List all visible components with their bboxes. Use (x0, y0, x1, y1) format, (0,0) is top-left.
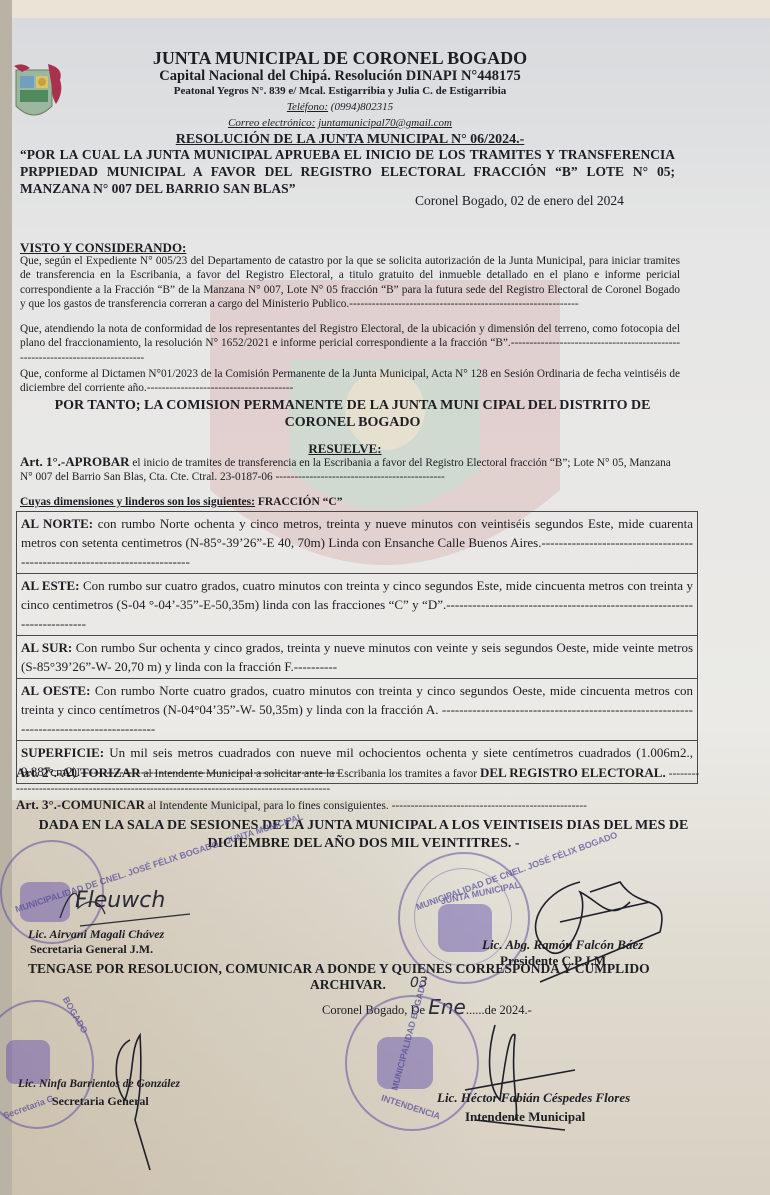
boundary-row-norte: AL NORTE: con rumbo Norte ochenta y cinc… (17, 512, 697, 573)
por-tanto-heading: POR TANTO; LA COMISION PERMANENTE DE LA … (20, 397, 685, 431)
boundary-text: Con rumbo sur cuatro grados, cuatro minu… (21, 578, 693, 631)
signatory-name: Lic. Abg. Ramón Falcón Báez (482, 937, 643, 953)
signatory-role: Secretaria General J.M. (30, 942, 153, 957)
phone-label: Teléfono: (287, 101, 328, 113)
email-address: juntamunicipal70@gmail.com (318, 117, 452, 129)
article-2: Art. 2°.-AUTORIZAR al Intendente Municip… (16, 765, 701, 797)
article-3-label: Art. 3°.-COMUNICAR (16, 797, 145, 812)
tengase-statement: TENGASE POR RESOLUCION, COMUNICAR A DOND… (28, 960, 728, 977)
institution-subtitle: Capital Nacional del Chipá. Resolución D… (130, 68, 550, 85)
boundary-label: AL ESTE: (21, 578, 79, 593)
background-surface (0, 0, 770, 18)
boundary-label: AL SUR: (21, 640, 72, 655)
boundary-text: Con rumbo Sur ochenta y cinco grados, tr… (21, 640, 693, 674)
boundary-text: Con rumbo Norte cuatro grados, cuatro mi… (21, 683, 693, 736)
resolution-date: Coronel Bogado, 02 de enero del 2024 (415, 193, 624, 209)
phone-line: Teléfono: (0994)802315 (130, 101, 550, 113)
municipal-coat-of-arms-icon (12, 62, 64, 126)
phone-number: (0994)802315 (331, 101, 393, 113)
resolution-subject: “POR LA CUAL LA JUNTA MUNICIPAL APRUEBA … (20, 146, 675, 197)
signatory-name: Lic. Airvani Magali Chávez (28, 927, 164, 942)
article-3-text: al Intendente Municipal, para lo fines c… (145, 800, 587, 812)
boundary-label: SUPERFICIE: (21, 745, 104, 760)
date-suffix: de 2024.- (485, 1003, 532, 1017)
article-1: Art. 1°.-APROBAR el inicio de tramites d… (20, 455, 685, 484)
boundary-text: con rumbo Norte ochenta y cinco metros, … (21, 516, 693, 569)
boundary-label: AL OESTE: (21, 683, 90, 698)
considerando-paragraph: Que, atendiendo la nota de conformidad d… (20, 322, 680, 365)
archivar-statement: ARCHIVAR. (310, 977, 386, 993)
considerando-paragraph: Que, conforme al Dictamen N°01/2023 de l… (20, 367, 680, 396)
dimensions-fraction: FRACCIÓN “C” (255, 496, 343, 508)
institution-address: Peatonal Yegros N°. 839 e/ Mcal. Estigar… (130, 85, 550, 97)
boundaries-table: AL NORTE: con rumbo Norte ochenta y cinc… (16, 511, 698, 784)
considerando-paragraph: Que, según el Expediente N° 005/23 del D… (20, 254, 680, 311)
boundary-row-sur: AL SUR: Con rumbo Sur ochenta y cinco gr… (17, 635, 697, 678)
signatory-role: Intendente Municipal (465, 1109, 585, 1125)
article-3: Art. 3°.-COMUNICAR al Intendente Municip… (16, 797, 701, 814)
dimensions-heading: Cuyas dimensiones y linderos son los sig… (20, 496, 342, 508)
article-2-text: al Intendente Municipal a solicitar ante… (140, 768, 479, 780)
signatory-name: Lic. Ninfa Barrientos de González (18, 1078, 180, 1090)
date-dots: ...... (466, 1003, 485, 1017)
dimensions-heading-label: Cuyas dimensiones y linderos son los sig… (20, 496, 255, 508)
signatory-name: Lic. Héctor Fabián Céspedes Flores (437, 1090, 630, 1106)
institution-name: JUNTA MUNICIPAL DE CORONEL BOGADO (130, 48, 550, 69)
boundary-row-oeste: AL OESTE: Con rumbo Norte cuatro grados,… (17, 678, 697, 740)
email-line: Correo electrónico: juntamunicipal70@gma… (130, 117, 550, 129)
signatory-role: Secretaria General (52, 1094, 149, 1109)
email-label: Correo electrónico: (228, 117, 315, 129)
boundary-label: AL NORTE: (21, 516, 93, 531)
article-1-label: Art. 1°.-APROBAR (20, 454, 130, 469)
article-2-beneficiary: DEL REGISTRO ELECTORAL. (480, 765, 666, 780)
signature-handwriting: Fleuwch (75, 888, 165, 913)
article-2-label: Art. 2°.-AUTORIZAR (16, 765, 140, 780)
boundary-row-este: AL ESTE: Con rumbo sur cuatro grados, cu… (17, 573, 697, 635)
